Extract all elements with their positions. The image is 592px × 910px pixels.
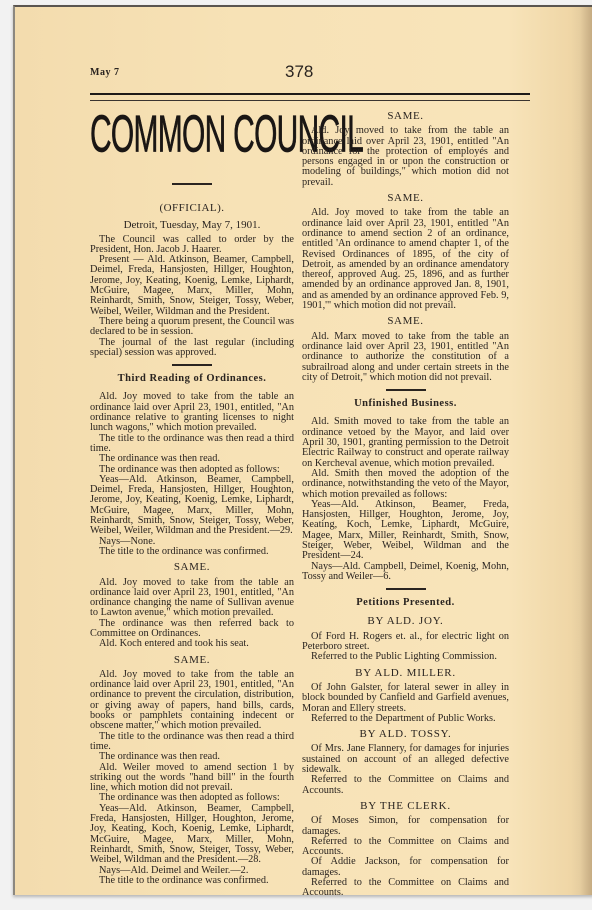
paragraph: Yeas—Ald. Atkinson, Beamer, Campbell, De…	[90, 475, 294, 537]
paragraph: Referred to the Committee on Claims and …	[302, 837, 509, 858]
subheading-same: SAME.	[302, 316, 509, 326]
paragraph: The ordinance was then read.	[90, 454, 294, 464]
paragraph: Of Ford H. Rogers et. al., for electric …	[302, 632, 509, 653]
paragraph: The Council was called to order by the P…	[90, 235, 294, 256]
scanned-page: May 7 378 COMMON COUNCIL (OFFICIAL). Det…	[13, 5, 592, 895]
paragraph: Ald. Koch entered and took his seat.	[90, 639, 294, 649]
paragraph: Yeas—Ald. Atkinson, Beamer, Campbell, Fr…	[90, 804, 294, 866]
paragraph: The title to the ordinance was confirmed…	[90, 876, 294, 886]
paragraph: Ald. Joy moved to take from the table an…	[90, 392, 294, 433]
paragraph: The journal of the last regular (includi…	[90, 338, 294, 359]
subheading-same: SAME.	[90, 655, 294, 665]
divider	[172, 364, 212, 366]
paragraph: The ordinance was then referred back to …	[90, 619, 294, 640]
paragraph: Nays—Ald. Campbell, Deimel, Koenig, Mohn…	[302, 562, 509, 583]
subheading-by-ald-tossy: BY ALD. TOSSY.	[302, 729, 509, 739]
page-spine-shadow	[580, 7, 592, 895]
paragraph: Ald. Marx moved to take from the table a…	[302, 332, 509, 383]
section-heading-unfinished-business: Unfinished Business.	[302, 399, 509, 409]
paragraph: Of John Galster, for lateral sewer in al…	[302, 683, 509, 714]
paragraph: The title to the ordinance was confirmed…	[90, 547, 294, 557]
paragraph: Referred to the Committee on Claims and …	[302, 878, 509, 899]
paragraph: Present — Ald. Atkinson, Beamer, Campbel…	[90, 255, 294, 317]
subheading-same: SAME.	[302, 193, 509, 203]
paragraph: There being a quorum present, the Counci…	[90, 317, 294, 338]
paragraph: Referred to the Committee on Claims and …	[302, 775, 509, 796]
paragraph: Referred to the Public Lighting Commissi…	[302, 652, 509, 662]
page-number: 378	[285, 62, 313, 82]
header-rule	[90, 93, 530, 101]
paragraph: The title to the ordinance was then read…	[90, 732, 294, 753]
paragraph: Of Mrs. Jane Flannery, for damages for i…	[302, 744, 509, 775]
official-label: (OFFICIAL).	[90, 203, 294, 213]
paragraph: Ald. Weiler moved to amend section 1 by …	[90, 763, 294, 794]
left-column: COMMON COUNCIL (OFFICIAL). Detroit, Tues…	[90, 101, 294, 886]
divider	[386, 389, 426, 391]
header-date: May 7	[90, 67, 119, 78]
subheading-same: SAME.	[302, 111, 509, 121]
divider	[386, 588, 426, 590]
paragraph: Ald. Joy moved to take from the table an…	[302, 126, 509, 188]
right-column: SAME. Ald. Joy moved to take from the ta…	[302, 101, 509, 899]
paragraph: Of Moses Simon, for compensation for dam…	[302, 816, 509, 837]
paragraph: Ald. Joy moved to take from the table an…	[90, 578, 294, 619]
paragraph: Ald. Smith moved to take from the table …	[302, 417, 509, 468]
paragraph: Ald. Joy moved to take from the table an…	[302, 208, 509, 311]
paragraph: The title to the ordinance was then read…	[90, 434, 294, 455]
paragraph: Referred to the Department of Public Wor…	[302, 714, 509, 724]
paragraph: Ald. Joy moved to take from the table an…	[90, 670, 294, 732]
subheading-by-the-clerk: BY THE CLERK.	[302, 801, 509, 811]
paragraph: Ald. Smith then moved the adoption of th…	[302, 469, 509, 500]
section-heading-petitions: Petitions Presented.	[302, 598, 509, 608]
dateline: Detroit, Tuesday, May 7, 1901.	[90, 220, 294, 230]
divider	[172, 183, 212, 185]
section-heading-third-reading: Third Reading of Ordinances.	[90, 374, 294, 384]
paragraph: Yeas—Ald. Atkinson, Beamer, Freda, Hansj…	[302, 500, 509, 562]
paragraph: The ordinance was then read.	[90, 752, 294, 762]
subheading-by-ald-joy: BY ALD. JOY.	[302, 616, 509, 626]
subheading-by-ald-miller: BY ALD. MILLER.	[302, 668, 509, 678]
masthead-title: COMMON COUNCIL	[90, 109, 294, 161]
paragraph: Of Addie Jackson, for compensation for d…	[302, 857, 509, 878]
subheading-same: SAME.	[90, 562, 294, 572]
